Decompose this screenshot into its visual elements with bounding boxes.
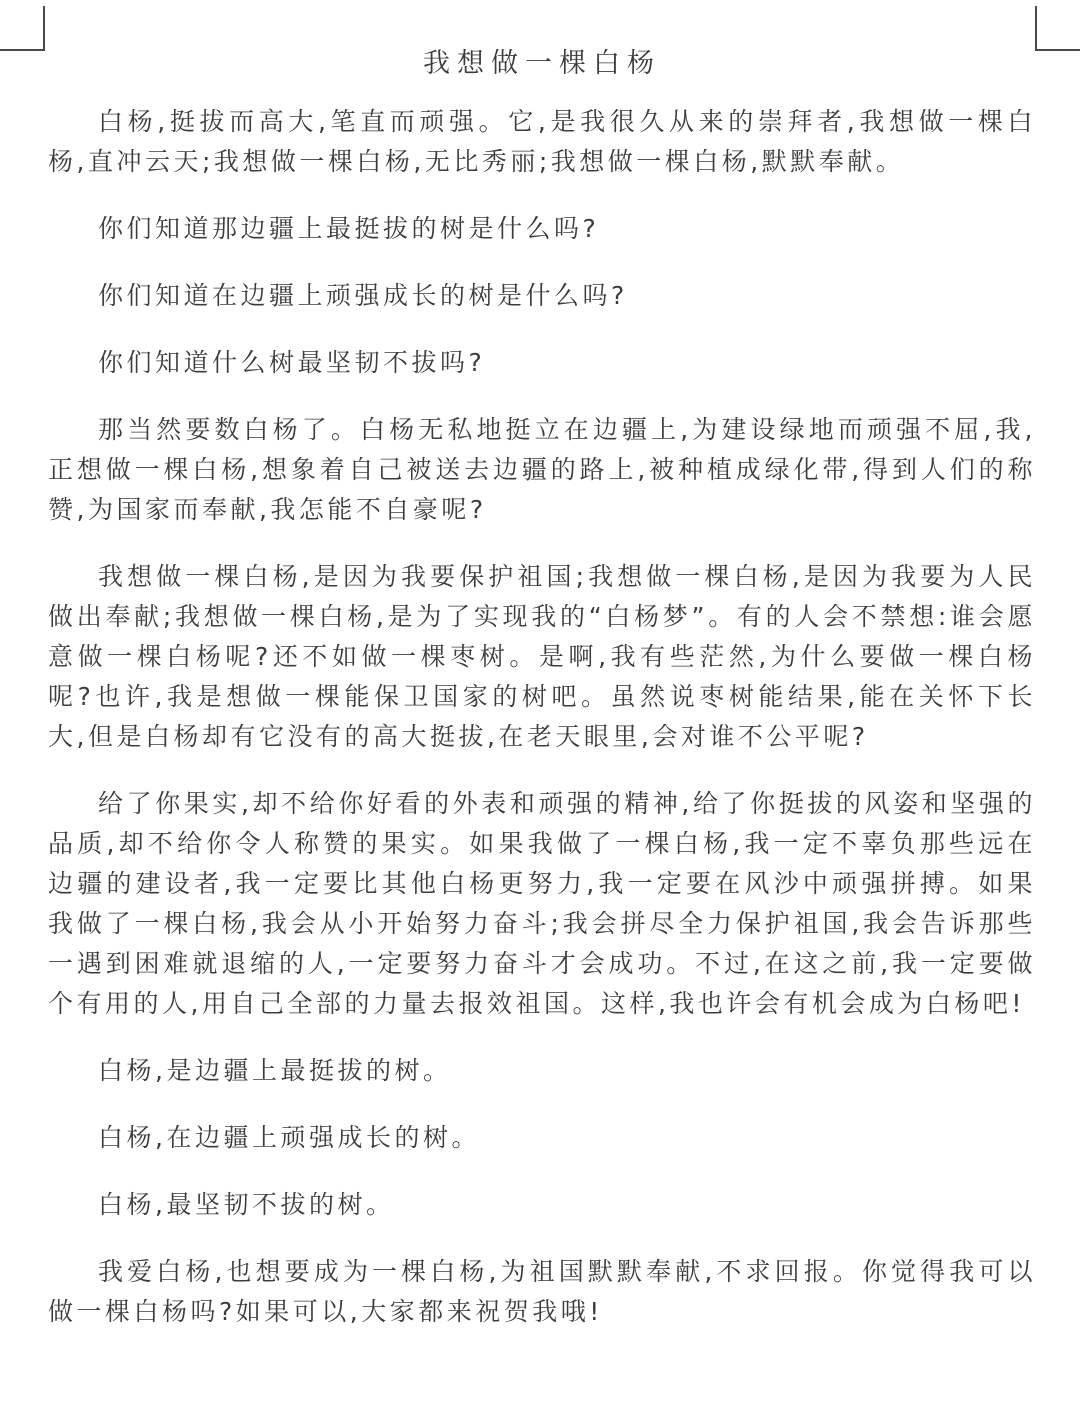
- essay-paragraph-reasons: 我想做一棵白杨,是因为我要保护祖国;我想做一棵白杨,是因为我要为人民做出奉献;我…: [48, 557, 1036, 757]
- essay-title: 我想做一棵白杨: [48, 44, 1036, 84]
- essay-paragraph-refrain-1: 白杨,是边疆上最挺拔的树。: [48, 1051, 1036, 1091]
- page-corner-mark-right: [1035, 6, 1080, 51]
- essay-paragraph-refrain-2: 白杨,在边疆上顽强成长的树。: [48, 1118, 1036, 1158]
- page-corner-mark-left: [0, 6, 45, 51]
- essay-paragraph-question-1: 你们知道那边疆上最挺拔的树是什么吗?: [48, 209, 1036, 249]
- essay-paragraph-question-2: 你们知道在边疆上顽强成长的树是什么吗?: [48, 276, 1036, 316]
- essay-paragraph-refrain-3: 白杨,最坚韧不拔的树。: [48, 1185, 1036, 1225]
- essay-paragraph-answer: 那当然要数白杨了。白杨无私地挺立在边疆上,为建设绿地而顽强不屈,我,正想做一棵白…: [48, 410, 1036, 530]
- essay-paragraph-closing: 我爱白杨,也想要成为一棵白杨,为祖国默默奉献,不求回报。你觉得我可以做一棵白杨吗…: [48, 1252, 1036, 1332]
- essay-paragraph-intro: 白杨,挺拔而高大,笔直而顽强。它,是我很久从来的崇拜者,我想做一棵白杨,直冲云天…: [48, 102, 1036, 182]
- document-page: 我想做一棵白杨 白杨,挺拔而高大,笔直而顽强。它,是我很久从来的崇拜者,我想做一…: [0, 0, 1080, 1419]
- essay-paragraph-resolve: 给了你果实,却不给你好看的外表和顽强的精神,给了你挺拔的风姿和坚强的品质,却不给…: [48, 784, 1036, 1024]
- essay-paragraph-question-3: 你们知道什么树最坚韧不拔吗?: [48, 343, 1036, 383]
- essay-content: 我想做一棵白杨 白杨,挺拔而高大,笔直而顽强。它,是我很久从来的崇拜者,我想做一…: [48, 44, 1036, 1332]
